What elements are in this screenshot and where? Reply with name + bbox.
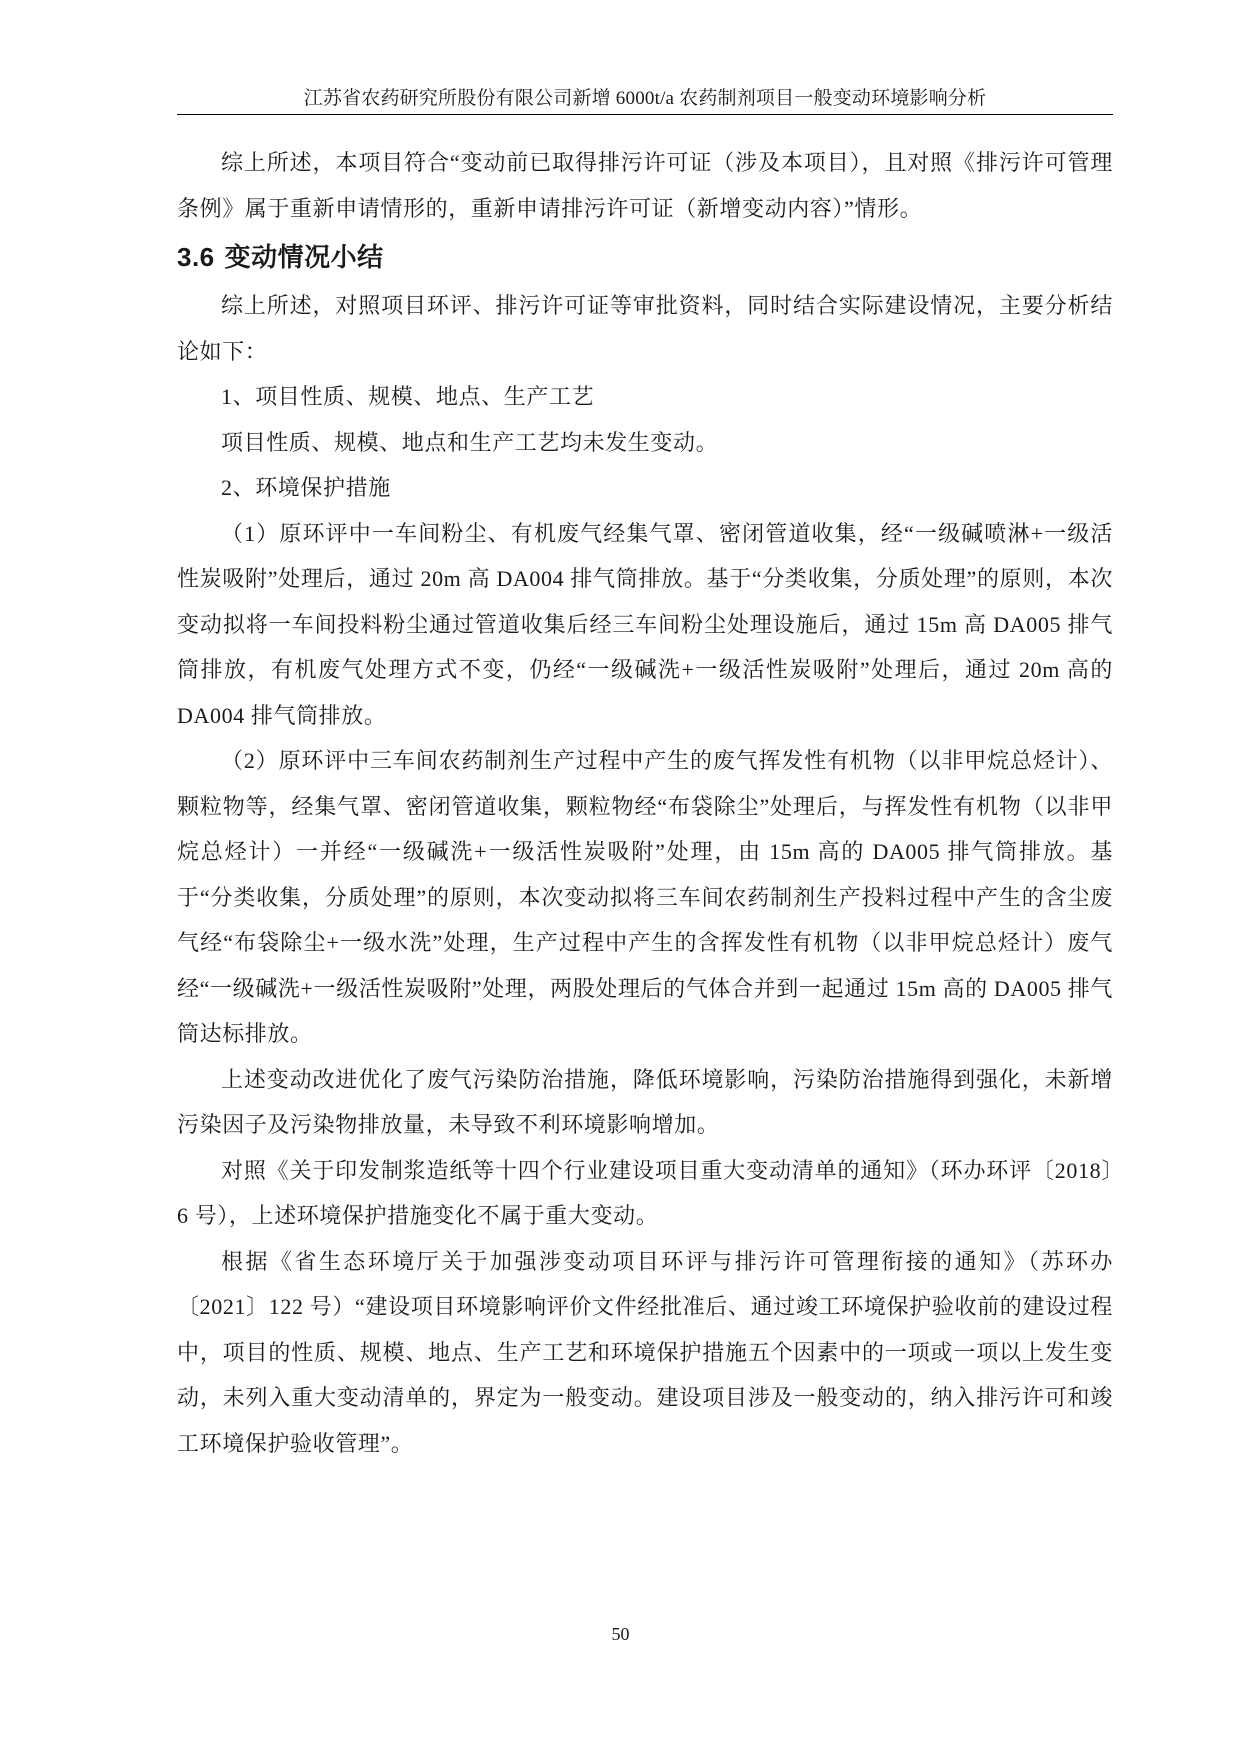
paragraph-item-1-body: 项目性质、规模、地点和生产工艺均未发生变动。	[177, 420, 1113, 466]
paragraph-general-change-definition: 根据《省生态环境厅关于加强涉变动项目环评与排污许可管理衔接的通知》（苏环办〔20…	[177, 1239, 1113, 1467]
section-number: 3.6	[177, 242, 215, 272]
section-heading: 3.6变动情况小结	[177, 241, 1113, 273]
paragraph-summary-intro: 综上所述，对照项目环评、排污许可证等审批资料，同时结合实际建设情况，主要分析结论…	[177, 283, 1113, 374]
paragraph-item-2-heading: 2、环境保护措施	[177, 465, 1113, 511]
paragraph-optimization: 上述变动改进优化了废气污染防治措施，降低环境影响，污染防治措施得到强化，未新增污…	[177, 1057, 1113, 1148]
page-number: 50	[0, 1624, 1241, 1645]
document-title: 江苏省农药研究所股份有限公司新增 6000t/a 农药制剂项目一般变动环境影响分…	[304, 88, 987, 109]
section-title: 变动情况小结	[225, 242, 384, 272]
paragraph-item-1-heading: 1、项目性质、规模、地点、生产工艺	[177, 374, 1113, 420]
page-header: 江苏省农药研究所股份有限公司新增 6000t/a 农药制剂项目一般变动环境影响分…	[177, 84, 1113, 115]
page-content: 综上所述，本项目符合“变动前已取得排污许可证（涉及本项目），且对照《排污许可管理…	[177, 140, 1113, 1466]
paragraph-measure-1: （1）原环评中一车间粉尘、有机废气经集气罩、密闭管道收集，经“一级碱喷淋+一级活…	[177, 511, 1113, 739]
intro-paragraph: 综上所述，本项目符合“变动前已取得排污许可证（涉及本项目），且对照《排污许可管理…	[177, 140, 1113, 231]
paragraph-measure-2: （2）原环评中三车间农药制剂生产过程中产生的废气挥发性有机物（以非甲烷总烃计）、…	[177, 738, 1113, 1057]
paragraph-major-change-check: 对照《关于印发制浆造纸等十四个行业建设项目重大变动清单的通知》（环办环评〔201…	[177, 1148, 1113, 1239]
